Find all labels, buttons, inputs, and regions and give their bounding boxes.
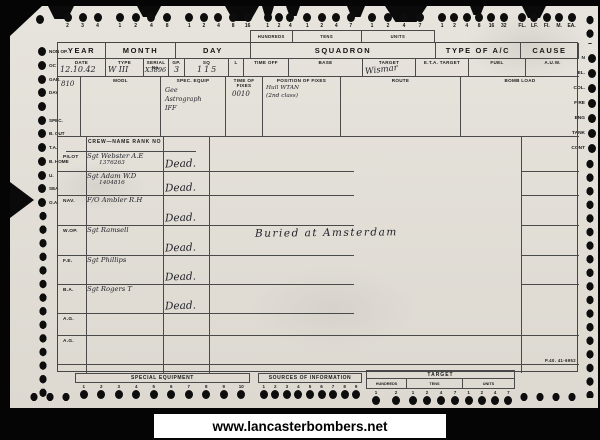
punch-hole — [38, 171, 46, 180]
time-of-fixes-value: 0010 — [232, 90, 250, 98]
field-code: 810 — [58, 77, 81, 137]
punch-position: 2 — [271, 384, 279, 399]
crew-name: Sgt Phillips — [87, 257, 167, 264]
punch-hole — [423, 396, 431, 405]
punch-hole — [450, 13, 458, 22]
type-value: W III — [108, 65, 128, 74]
punch-position: 9 — [220, 384, 228, 399]
punch-position: 3 — [115, 384, 123, 399]
punch-position: 2 — [64, 13, 72, 29]
punch-hole — [478, 396, 486, 405]
punch-position: 4 — [132, 384, 140, 399]
punch-hole — [384, 13, 392, 22]
punch-hole — [214, 13, 222, 22]
punch-position: 4 — [147, 13, 155, 29]
crew-role: F.E. — [63, 259, 72, 264]
crew-status: Dead. — [165, 241, 196, 254]
punch-position: 9 — [352, 384, 360, 399]
punch-position: 4 — [94, 13, 102, 29]
punch-hole — [220, 390, 228, 399]
punch-position: 7 — [451, 390, 459, 405]
grid-line — [521, 195, 579, 196]
punch-hole — [36, 15, 44, 24]
field-spec-equip: SPEC. EQUIP GeeAstrographIFF — [161, 77, 226, 137]
crew-role: B.A. — [63, 288, 74, 293]
grid-line — [58, 335, 579, 336]
punch-position: 8 — [475, 13, 483, 29]
punch-position: 2 — [132, 13, 140, 29]
crew-name: Sgt Ramsell — [87, 227, 167, 234]
punch-hole — [38, 116, 46, 125]
punch-position: 7 — [504, 390, 512, 405]
punch-position: 2 — [384, 13, 392, 29]
punch-hole — [318, 13, 326, 22]
punch-hole — [202, 390, 210, 399]
punch-hole — [392, 396, 400, 405]
crew-table-header: CREW—NAME RANK NO — [88, 139, 161, 145]
grid-line — [58, 313, 354, 314]
special-equipment-positions: 12345678910 — [75, 384, 250, 399]
punch-hole — [588, 114, 596, 123]
punch-position: 6 — [318, 384, 326, 399]
crew-role: W.OP. — [63, 229, 78, 234]
grid-line — [521, 284, 579, 285]
punch-hole — [329, 390, 337, 399]
punch-hole — [491, 396, 499, 405]
punch-hole — [437, 396, 445, 405]
date-value: 12.10.42 — [60, 65, 96, 74]
crew-row: Sgt Adam W.D1404816 Dead. — [58, 171, 209, 195]
crew-name: Sgt Rogers T — [87, 286, 167, 293]
punch-position: 2 — [392, 390, 400, 405]
punch-hole — [115, 390, 123, 399]
punch-position: 7 — [347, 13, 355, 29]
field-date: DATE12.10.42 — [58, 59, 106, 77]
punch-position: 8 — [163, 13, 171, 29]
punch-position: 4 — [463, 13, 471, 29]
crew-status: Dead. — [165, 299, 196, 312]
punch-position: 7 — [185, 384, 193, 399]
punch-hole — [294, 390, 302, 399]
grid-line — [58, 364, 579, 365]
header-cause: CAUSE — [521, 43, 579, 59]
punch-hole — [588, 144, 596, 153]
form-code: P.40. 41-6952 — [510, 358, 576, 363]
crew-row: PILOT Sgt Webster A.E1376263 Dead. — [58, 151, 209, 171]
punch-position: 2 — [318, 13, 326, 29]
crew-role: A.G. — [63, 339, 74, 344]
field-serial: SERIAL No.X3896 — [144, 59, 169, 77]
bottom-punch-holes — [518, 392, 582, 403]
crew-table: PILOT Sgt Webster A.E1376263 Dead. Sgt A… — [58, 151, 209, 364]
punch-position: 4 — [294, 384, 302, 399]
punch-position: 1 — [438, 13, 446, 29]
serial-value: X3896 — [145, 66, 166, 74]
punch-hole — [518, 13, 526, 22]
punch-hole — [229, 13, 237, 22]
field-sq: SQ115 — [185, 59, 229, 77]
grid-line — [58, 284, 354, 285]
punch-position: 1 — [264, 13, 272, 29]
punch-card: 234 1248 124816 124 1247 1247 12481632 F… — [10, 6, 598, 408]
punch-hole — [185, 13, 193, 22]
punch-position: 1 — [409, 390, 417, 405]
crew-row: A.G. — [58, 335, 209, 364]
punch-hole — [555, 13, 563, 22]
punch-position: EA. — [567, 13, 575, 29]
units-label: UNITS — [362, 31, 434, 42]
punch-position: 2 — [450, 13, 458, 29]
punch-group-hundreds: 124 — [262, 13, 296, 29]
sources-of-information-positions: 123456789 — [258, 384, 362, 399]
punch-hole — [185, 390, 193, 399]
grid-line — [58, 171, 354, 172]
punch-position: 7 — [416, 13, 424, 29]
form-grid: YEAR MONTH DAY SQUADRON TYPE OF A/C CAUS… — [57, 42, 578, 372]
header-month: MONTH — [106, 43, 176, 59]
punch-position: 3 — [79, 13, 87, 29]
punch-position: 4 — [214, 13, 222, 29]
punch-hole — [80, 390, 88, 399]
punch-position: 7 — [329, 384, 337, 399]
gp-value: 3 — [174, 65, 179, 74]
punch-hole — [38, 47, 46, 56]
punch-hole — [147, 13, 155, 22]
punch-position: 2 — [478, 390, 486, 405]
punch-position: 2 — [423, 390, 431, 405]
hundreds-label: HUNDREDS — [251, 31, 293, 42]
punch-hole — [271, 390, 279, 399]
punch-group-aircraft-type: 12481632 — [436, 13, 510, 29]
target-units-label: UNITS — [463, 379, 514, 388]
punch-hole — [588, 54, 596, 63]
punch-hole — [451, 396, 459, 405]
punch-position: M. — [555, 13, 563, 29]
punch-group-cause: FL.LF.FI.M.EA. — [516, 13, 578, 29]
punch-hole — [368, 13, 376, 22]
left-edge-notch — [10, 182, 34, 218]
punch-hole — [163, 13, 171, 22]
target-hundreds-label: HUNDREDS — [367, 379, 407, 388]
punch-hole — [167, 390, 175, 399]
punch-hole — [588, 129, 596, 138]
punch-position: 1 — [303, 13, 311, 29]
punch-hole — [341, 390, 349, 399]
punch-group-day: 124816 — [182, 13, 255, 29]
punch-hole — [504, 396, 512, 405]
watermark-bar: www.lancasterbombers.net — [154, 414, 446, 438]
target-hundreds-positions: 12 — [366, 390, 406, 405]
punch-hole — [38, 129, 46, 138]
punch-position: 8 — [202, 384, 210, 399]
field-type: TYPEW III — [106, 59, 144, 77]
punch-hole — [132, 390, 140, 399]
header-day: DAY — [176, 43, 251, 59]
punch-position: FI. — [543, 13, 551, 29]
punch-hole — [463, 13, 471, 22]
punch-hole — [543, 13, 551, 22]
punch-hole — [244, 13, 252, 22]
punch-hole — [500, 13, 508, 22]
field-eta-target: E.T.A. TARGET — [416, 59, 469, 77]
crew-row: W.OP. Sgt Ramsell Dead. — [58, 225, 209, 255]
punch-hole — [275, 13, 283, 22]
punch-hole — [332, 13, 340, 22]
punch-position: 2 — [200, 13, 208, 29]
punch-hole — [475, 13, 483, 22]
punch-position: 4 — [400, 13, 408, 29]
punch-hole — [38, 102, 46, 111]
punch-hole — [438, 13, 446, 22]
bottom-punch-holes — [28, 392, 76, 403]
punch-hole — [38, 143, 46, 152]
punch-position: 2 — [97, 384, 105, 399]
field-time-off: TIME OFF — [244, 59, 289, 77]
crew-status: Dead. — [165, 181, 196, 194]
watermark-url: www.lancasterbombers.net — [212, 419, 387, 434]
header-squadron: SQUADRON — [251, 43, 436, 59]
punch-hole — [94, 13, 102, 22]
punch-position: 1 — [116, 13, 124, 29]
sq-value: 115 — [197, 65, 218, 74]
punch-hole — [38, 184, 46, 193]
grid-line — [521, 225, 579, 226]
sources-of-information-box: SOURCES OF INFORMATION — [258, 373, 362, 383]
field-gp: GP.3 — [169, 59, 185, 77]
punch-position: LF. — [530, 13, 538, 29]
crew-row: B.A. Sgt Rogers T Dead. — [58, 284, 209, 313]
target-box: TARGET HUNDREDS TENS UNITS — [366, 370, 515, 389]
field-l: L — [229, 59, 244, 77]
target-box-label: TARGET — [367, 371, 514, 379]
crew-status: Dead. — [165, 157, 196, 170]
field-position-of-fixes: POSITION OF FIXES Hull WTAN(2nd class) — [263, 77, 341, 137]
field-auw: A.U.W. — [526, 59, 579, 77]
punch-hole — [264, 13, 272, 22]
punch-hole — [97, 390, 105, 399]
punch-hole — [372, 396, 380, 405]
punch-position: 32 — [500, 13, 508, 29]
punch-position: 1 — [372, 390, 380, 405]
field-target: TARGETWismar — [363, 59, 416, 77]
crew-role: NAV. — [63, 199, 75, 204]
crew-role: PILOT — [63, 155, 79, 160]
target-value: Wismar — [365, 63, 399, 77]
code-value: 810 — [61, 80, 74, 88]
spec-equip-value: GeeAstrographIFF — [165, 86, 202, 113]
crew-row: NAV. F/O Ambler R.H Dead. — [58, 195, 209, 225]
punch-position: 1 — [260, 384, 268, 399]
right-punch-holes — [585, 14, 597, 44]
punch-hole — [260, 390, 268, 399]
punch-hole — [530, 13, 538, 22]
punch-hole — [487, 13, 495, 22]
crew-name: F/O Ambler R.H — [87, 197, 167, 204]
punch-hole — [116, 13, 124, 22]
field-route: ROUTE — [341, 77, 461, 137]
punch-group-tens: 1247 — [300, 13, 358, 29]
punch-hole — [409, 396, 417, 405]
punch-hole — [465, 396, 473, 405]
punch-hole — [303, 13, 311, 22]
right-punch-holes — [585, 158, 597, 398]
punch-position: 8 — [341, 384, 349, 399]
punch-hole — [38, 61, 46, 70]
punch-hole — [132, 13, 140, 22]
grid-line — [58, 255, 354, 256]
target-digit-labels: HUNDREDS TENS UNITS — [367, 379, 514, 388]
crew-status: Dead. — [165, 270, 196, 283]
field-modl: MODL — [81, 77, 161, 137]
field-fuel: FUEL — [469, 59, 526, 77]
punch-position: 10 — [237, 384, 245, 399]
punch-hole — [318, 390, 326, 399]
special-equipment-box: SPECIAL EQUIPMENT — [75, 373, 250, 383]
punch-hole — [237, 390, 245, 399]
punch-hole — [568, 13, 576, 22]
field-base: BASE — [289, 59, 363, 77]
punch-group-month: 1248 — [112, 13, 175, 29]
grid-line — [58, 195, 354, 196]
punch-position: 16 — [244, 13, 252, 29]
punch-hole — [588, 99, 596, 108]
target-units-positions: 1247 — [462, 390, 515, 405]
grid-line — [521, 171, 579, 172]
punch-position: 8 — [229, 13, 237, 29]
punch-position: 4 — [332, 13, 340, 29]
punch-hole — [416, 13, 424, 22]
grid-line — [521, 255, 579, 256]
punch-position: 5 — [306, 384, 314, 399]
punch-hole — [347, 13, 355, 22]
punch-position: 1 — [185, 13, 193, 29]
punch-position: 5 — [150, 384, 158, 399]
punch-hole — [38, 157, 46, 166]
punch-position: 4 — [437, 390, 445, 405]
punch-hole — [283, 390, 291, 399]
punch-group-year: 234 — [60, 13, 105, 29]
crew-name: Sgt Webster A.E1376263 — [87, 153, 167, 166]
target-tens-positions: 1247 — [406, 390, 462, 405]
crew-row: F.E. Sgt Phillips Dead. — [58, 255, 209, 284]
punch-hole — [400, 13, 408, 22]
punch-group-units: 1247 — [364, 13, 428, 29]
grid-line — [58, 225, 354, 226]
punch-position: 2 — [275, 13, 283, 29]
burial-note: Buried at Amsterdam — [255, 226, 398, 239]
crew-row: A.G. — [58, 313, 209, 335]
punch-hole — [150, 390, 158, 399]
punch-position: 4 — [286, 13, 294, 29]
punch-hole — [200, 13, 208, 22]
punch-position: 3 — [283, 384, 291, 399]
header-year: YEAR — [58, 43, 106, 59]
punch-hole — [64, 13, 72, 22]
crew-status: Dead. — [165, 211, 196, 224]
position-of-fixes-value: Hull WTAN(2nd class) — [266, 85, 299, 100]
field-bomb-load: BOMB LOAD — [461, 77, 579, 137]
left-punch-holes — [38, 210, 50, 400]
grid-line — [66, 151, 196, 152]
punch-hole — [286, 13, 294, 22]
target-tens-label: TENS — [407, 379, 463, 388]
punch-position: 1 — [368, 13, 376, 29]
punch-hole — [79, 13, 87, 22]
punch-position: 1 — [80, 384, 88, 399]
punch-hole — [588, 69, 596, 78]
punch-position: 16 — [487, 13, 495, 29]
punch-hole — [38, 198, 46, 207]
punch-hole — [588, 84, 596, 93]
tens-label: TENS — [293, 31, 362, 42]
scanned-loss-card-page: { "watermark": { "text": "www.lancasterb… — [0, 0, 600, 440]
punch-hole — [306, 390, 314, 399]
squadron-digit-strip: HUNDREDS TENS UNITS — [250, 30, 435, 42]
header-type-of-ac: TYPE OF A/C — [436, 43, 521, 59]
crew-role: A.G. — [63, 317, 74, 322]
punch-hole — [38, 75, 46, 84]
crew-name: Sgt Adam W.D1404816 — [87, 173, 167, 186]
punch-position: 1 — [465, 390, 473, 405]
punch-hole — [352, 390, 360, 399]
punch-position: 6 — [167, 384, 175, 399]
punch-hole — [38, 88, 46, 97]
punch-position: 4 — [491, 390, 499, 405]
field-time-of-fixes: TIME OF FIXES0010 — [226, 77, 263, 137]
punch-position: FL. — [518, 13, 526, 29]
